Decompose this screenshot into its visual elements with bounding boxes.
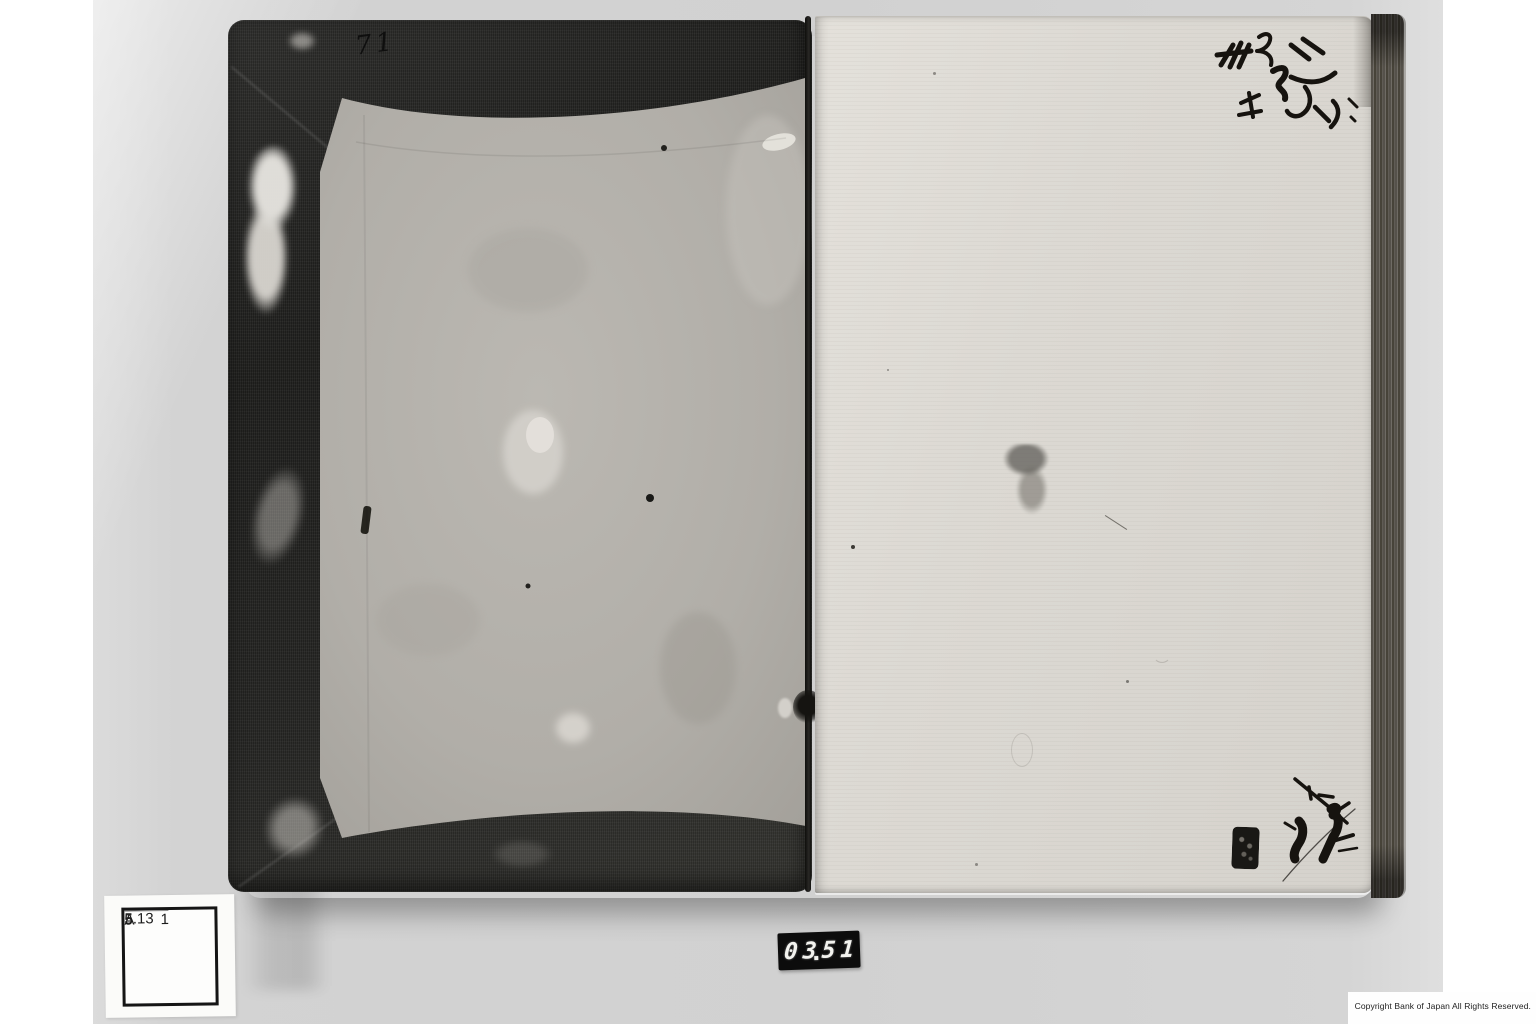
copyright-strip: Copyright Bank of Japan All Rights Reser… <box>1348 992 1536 1024</box>
ink-speck <box>1126 680 1129 683</box>
film-band-right <box>1443 0 1536 1024</box>
cover-handwritten-number: 71 <box>354 25 419 76</box>
film-band-left <box>0 0 93 1024</box>
label-row: 5 <box>124 911 133 929</box>
counter-decimal-point <box>814 956 818 960</box>
ink-speck <box>851 545 855 549</box>
ink-speck <box>933 72 936 75</box>
book-cover-inside: 71 <box>228 20 812 892</box>
binding-fleck <box>778 698 792 718</box>
faint-mark <box>1153 645 1171 663</box>
reference-label-table: 5.13 A 1 5 <box>121 906 218 1006</box>
reference-label-card: 5.13 A 1 5 <box>104 894 236 1018</box>
scratch-mark <box>1105 515 1127 530</box>
calligraphy-top-right-icon <box>1203 23 1371 143</box>
faint-mark <box>1011 733 1033 767</box>
frame-counter: 0351 <box>777 931 860 971</box>
ink-speck <box>887 369 889 371</box>
page-stain <box>1000 444 1058 518</box>
label-cell: 1 <box>160 911 169 928</box>
ink-speck <box>975 863 978 866</box>
copyright-text: Copyright Bank of Japan All Rights Reser… <box>1355 992 1536 1011</box>
right-page <box>815 16 1373 893</box>
ink-seal-stamp-icon <box>1231 827 1259 870</box>
binding-cord <box>805 16 811 892</box>
microfilm-frame: 71 <box>0 0 1536 1024</box>
calligraphy-bottom-right-icon <box>1275 771 1370 886</box>
counter-digits: 0351 <box>778 936 860 965</box>
pasted-endpaper <box>228 20 812 892</box>
page-edge-stack <box>1371 14 1406 898</box>
